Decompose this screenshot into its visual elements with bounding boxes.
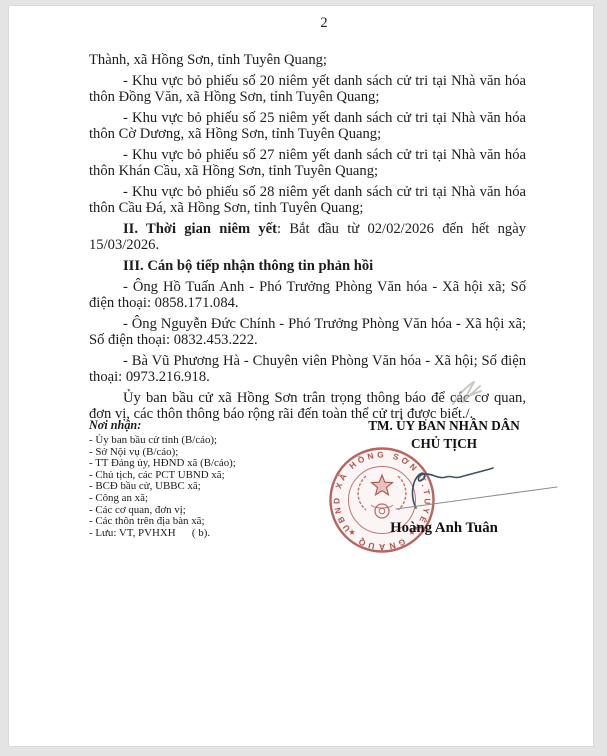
handwritten-signature xyxy=(394,456,564,518)
recipients-list: - Ủy ban bầu cử tỉnh (B/cáo); - Sở Nội v… xyxy=(89,435,339,539)
section-2-label: II. Thời gian niêm yết xyxy=(123,221,277,237)
recipient-item: - Các thôn trên địa bàn xã; xyxy=(89,516,339,528)
document-body: Thành, xã Hồng Sơn, tỉnh Tuyên Quang; - … xyxy=(89,52,526,427)
recipient-item: - Công an xã; xyxy=(89,493,339,505)
section-heading-3: III. Cán bộ tiếp nhận thông tin phản hồi xyxy=(89,258,526,274)
seal-bottom-letter: A xyxy=(379,542,385,552)
recipients-block: Nơi nhận: - Ủy ban bầu cử tỉnh (B/cáo); … xyxy=(89,418,339,539)
signature-stroke-flourish xyxy=(396,487,557,509)
document-page: 2 Thành, xã Hồng Sơn, tỉnh Tuyên Quang; … xyxy=(8,5,594,747)
paragraph-polling-area-25: - Khu vực bỏ phiếu số 25 niêm yết danh s… xyxy=(89,110,526,142)
paragraph-contact-2: - Ông Nguyễn Đức Chính - Phó Trưởng Phòn… xyxy=(89,316,526,348)
paragraph-contact-1: - Ông Hồ Tuấn Anh - Phó Trưởng Phòng Văn… xyxy=(89,279,526,311)
paragraph-polling-area-28: - Khu vực bỏ phiếu số 28 niêm yết danh s… xyxy=(89,184,526,216)
paragraph-continuation: Thành, xã Hồng Sơn, tỉnh Tuyên Quang; xyxy=(89,52,526,68)
recipient-item: - Lưu: VT, PVHXH ( b). xyxy=(89,528,339,540)
document-canvas: { "page": { "number": "2" }, "body": { "… xyxy=(0,0,607,756)
paraph-initial-mark xyxy=(447,378,489,408)
section-heading-2: II. Thời gian niêm yết: Bắt đầu từ 02/02… xyxy=(89,221,526,253)
paragraph-polling-area-27: - Khu vực bỏ phiếu số 27 niêm yết danh s… xyxy=(89,147,526,179)
paragraph-polling-area-20: - Khu vực bỏ phiếu số 20 niêm yết danh s… xyxy=(89,73,526,105)
signing-authority: TM. ỦY BAN NHÂN DÂN xyxy=(339,417,549,435)
recipients-label: Nơi nhận: xyxy=(89,418,339,433)
recipient-item: - Ủy ban bầu cử tỉnh (B/cáo); xyxy=(89,435,339,447)
signer-name: Hoàng Anh Tuân xyxy=(344,520,544,537)
page-number: 2 xyxy=(259,15,389,32)
signature-stroke-blue xyxy=(413,468,493,508)
